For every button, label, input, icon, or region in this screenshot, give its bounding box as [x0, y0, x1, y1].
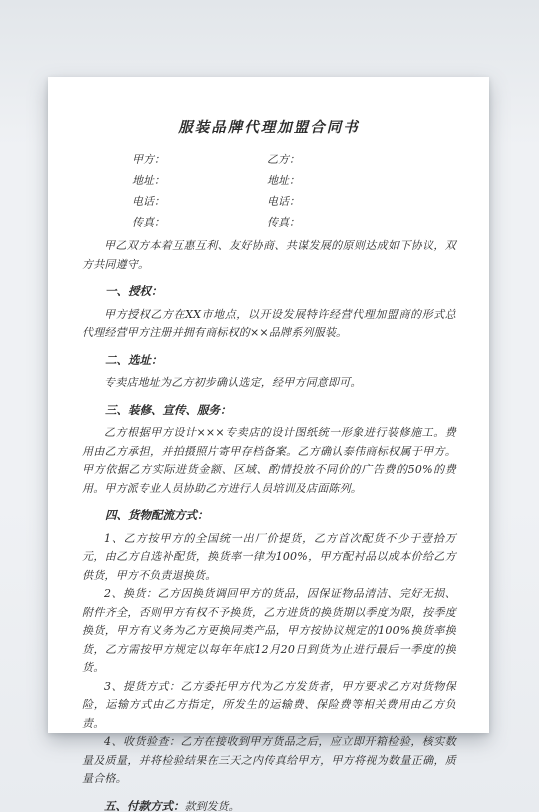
document-title: 服装品牌代理加盟合同书: [82, 117, 456, 139]
logistics-item-1: 1、乙方按甲方的全国统一出厂价提货，乙方首次配货不少于壹拾万元，由乙方自选补配货…: [82, 530, 456, 586]
party-b-fax-label: 传真：: [267, 212, 456, 233]
party-b-label: 乙方：: [267, 149, 456, 170]
contract-document-page: 服装品牌代理加盟合同书 甲方： 乙方： 地址： 地址： 电话： 电话： 传真： …: [48, 77, 489, 733]
section-site-selection: 二、选址： 专卖店地址为乙方初步确认选定，经甲方同意即可。: [82, 351, 456, 393]
party-a-fax-label: 传真：: [132, 212, 267, 233]
intro-paragraph: 甲乙双方本着互惠互利、友好协商、共谋发展的原则达成如下协议，双方共同遵守。: [82, 237, 456, 274]
section-authorization: 一、授权： 甲方授权乙方在XX市地点，以开设发展特许经营代理加盟商的形式总代理经…: [82, 282, 456, 343]
section-payment-text: 款到发货。: [185, 800, 240, 812]
address-row: 地址： 地址：: [132, 170, 456, 191]
section-site-selection-paragraph: 专卖店地址为乙方初步确认选定，经甲方同意即可。: [82, 374, 456, 393]
party-row: 甲方： 乙方：: [132, 149, 456, 170]
contract-body: 甲乙双方本着互惠互利、友好协商、共谋发展的原则达成如下协议，双方共同遵守。 一、…: [82, 237, 456, 812]
section-authorization-heading: 一、授权：: [82, 282, 456, 301]
logistics-item-2: 2、换货：乙方因换货调回甲方的货品，因保证物品清洁、完好无损、附件齐全，否则甲方…: [82, 585, 456, 678]
canvas-background: 服装品牌代理加盟合同书 甲方： 乙方： 地址： 地址： 电话： 电话： 传真： …: [0, 0, 539, 812]
logistics-item-4: 4、收货验查：乙方在接收到甲方货品之后，应立即开箱检验，核实数量及质量，并将检验…: [82, 733, 456, 789]
fax-row: 传真： 传真：: [132, 212, 456, 233]
section-decoration-paragraph: 乙方根据甲方设计×××专卖店的设计图纸统一形象进行装修施工。费用由乙方承担，并拍…: [82, 424, 456, 498]
logistics-item-3: 3、提货方式：乙方委托甲方代为乙方发货者，甲方要求乙方对货物保险，运输方式由乙方…: [82, 678, 456, 734]
section-payment: 五、付款方式：款到发货。: [82, 797, 456, 812]
section-decoration-promotion-service: 三、装修、宣传、服务： 乙方根据甲方设计×××专卖店的设计图纸统一形象进行装修施…: [82, 401, 456, 499]
phone-row: 电话： 电话：: [132, 191, 456, 212]
party-b-phone-label: 电话：: [267, 191, 456, 212]
section-payment-heading: 五、付款方式：: [104, 799, 185, 812]
payment-heading-line: 五、付款方式：款到发货。: [82, 797, 456, 812]
section-logistics-heading: 四、货物配流方式：: [82, 506, 456, 525]
party-b-address-label: 地址：: [267, 170, 456, 191]
party-a-phone-label: 电话：: [132, 191, 267, 212]
party-a-address-label: 地址：: [132, 170, 267, 191]
section-logistics: 四、货物配流方式： 1、乙方按甲方的全国统一出厂价提货，乙方首次配货不少于壹拾万…: [82, 506, 456, 789]
party-a-label: 甲方：: [132, 149, 267, 170]
section-site-selection-heading: 二、选址：: [82, 351, 456, 370]
section-decoration-heading: 三、装修、宣传、服务：: [82, 401, 456, 420]
party-info-block: 甲方： 乙方： 地址： 地址： 电话： 电话： 传真： 传真：: [82, 149, 456, 233]
section-authorization-paragraph: 甲方授权乙方在XX市地点，以开设发展特许经营代理加盟商的形式总代理经营甲方注册并…: [82, 306, 456, 343]
